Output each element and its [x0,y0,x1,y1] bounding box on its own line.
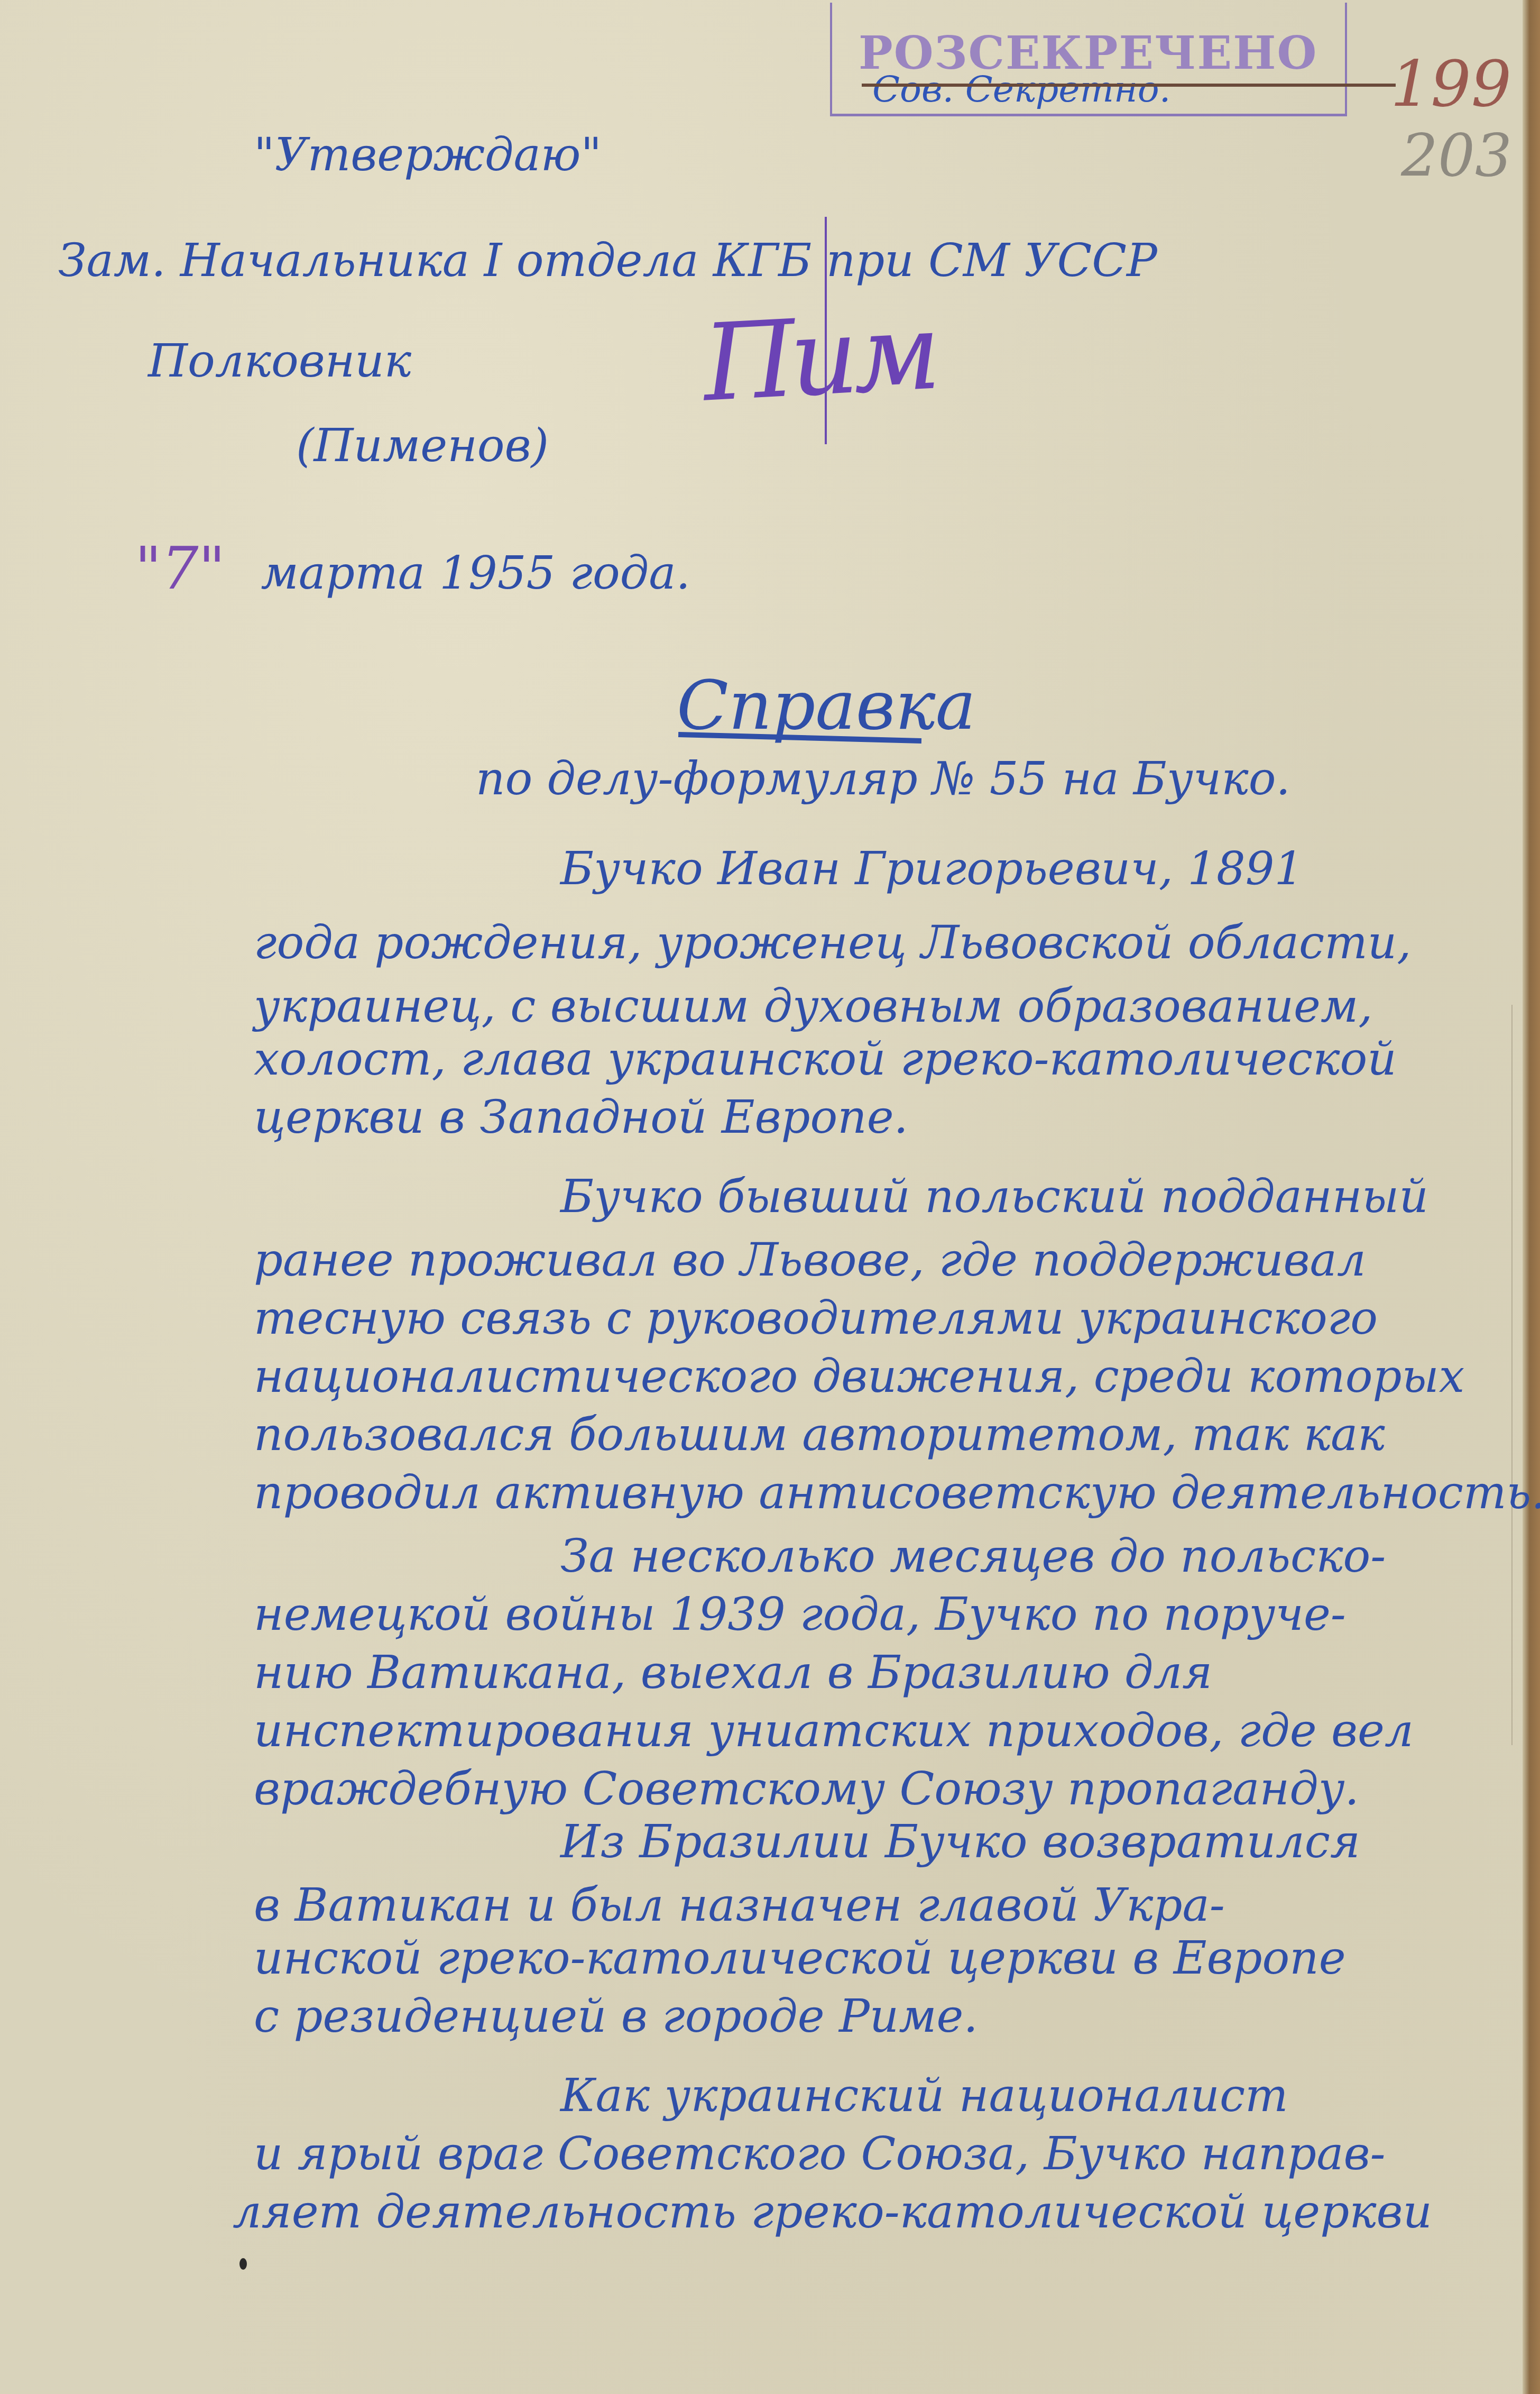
paragraph-3-line-1: За несколько месяцев до польско- [560,1534,1386,1579]
paragraph-2-line-2: ранее проживал во Львове, где поддержива… [254,1237,1366,1283]
paragraph-1-line-4: холост, глава украинской греко-католичес… [254,1037,1397,1082]
page-edge [1523,0,1540,2394]
paragraph-3-line-4: инспектирования униатских приходов, где … [254,1708,1414,1754]
date-day: "7" [135,535,225,602]
paragraph-3-line-5: враждебную Советскому Союзу пропаганду. [254,1766,1359,1812]
paragraph-5-line-2: и ярый враг Советского Союза, Бучко напр… [254,2131,1386,2177]
ink-dot [239,2258,247,2270]
paragraph-4-line-3: инской греко-католической церкви в Европ… [254,1936,1346,1981]
approver-name: (Пименов) [296,423,549,469]
paragraph-2-line-5: пользовался большим авторитетом, так как [254,1412,1385,1457]
paragraph-1-line-2: года рождения, уроженец Львовской област… [254,920,1411,966]
paragraph-2-line-6: проводил активную антисоветскую деятельн… [254,1470,1540,1516]
page-number-current: 199 [1390,48,1511,121]
paragraph-3-line-2: немецкой войны 1939 года, Бучко по поруч… [254,1592,1346,1637]
paragraph-4-line-2: в Ватикан и был назначен главой Укра- [254,1883,1225,1928]
paragraph-2-line-4: националистического движения, среди кото… [254,1354,1464,1399]
approver-rank: Полковник [148,338,411,384]
paragraph-5-line-1: Как украинский националист [560,2073,1288,2118]
date-month-year: марта 1955 года. [261,547,690,600]
paragraph-4-line-4: с резиденцией в городе Риме. [254,1994,978,2039]
paragraph-2-line-3: тесную связь с руководителями украинског… [254,1296,1378,1341]
approver-position: Зам. Начальника I отдела КГБ при СМ УССР [58,238,1157,283]
approval-heading: "Утверждаю" [254,132,602,178]
page-number-alt: 203 [1401,122,1512,189]
paragraph-5-line-3: ляет деятельность греко-католической цер… [233,2189,1432,2235]
paragraph-3-line-3: нию Ватикана, выехал в Бразилию для [254,1650,1212,1695]
fold-line [1511,1005,1513,1745]
strikethrough-line [862,84,1396,87]
paragraph-2-line-1: Бучко бывший польский подданный [560,1174,1428,1219]
paragraph-4-line-1: Из Бразилии Бучко возвратился [560,1819,1360,1865]
paragraph-1-line-1: Бучко Иван Григорьевич, 1891 [560,846,1303,892]
paragraph-1-line-5: церкви в Западной Европе. [254,1095,908,1140]
signature: Пим [700,290,938,426]
document-subtitle: по делу-формуляр № 55 на Бучко. [476,756,1290,802]
approval-date: "7" марта 1955 года. [135,539,690,598]
classification-mark: Сов. Секретно. [872,69,1170,111]
paragraph-1-line-3: украинец, с высшим духовным образованием… [254,984,1373,1029]
